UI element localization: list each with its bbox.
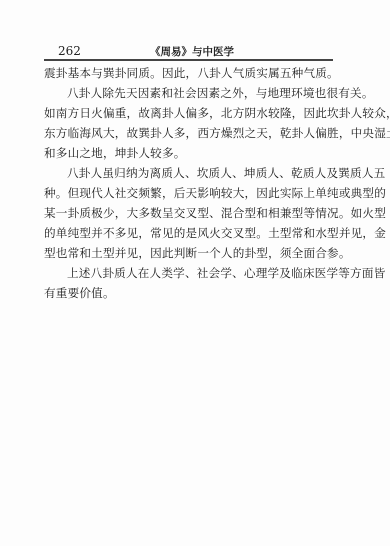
text-line: 八卦人虽归纳为离质人、坎质人、坤质人、乾质人及巽质人五 — [44, 166, 334, 180]
text-line: 上述八卦质人在人类学、社会学、心理学及临床医学等方面皆 — [44, 266, 334, 280]
page-number: 262 — [58, 44, 81, 58]
text-line: 有重要价值。 — [44, 286, 334, 300]
text-line: 如南方日火偏重，故离卦人偏多，北方阴水较隆，因此坎卦人较众， — [44, 106, 334, 120]
text-line: 的单纯型并不多见，常见的是风火交叉型。土型常和水型并见，金 — [44, 226, 334, 240]
text-line: 东方临海风大，故巽卦人多，西方燥烈之天，乾卦人偏胜，中央湿土 — [44, 126, 334, 140]
text-line: 型也常和土型并见，因此判断一个人的卦型，须全面合参。 — [44, 246, 334, 260]
book-page: 262 《周易》与中医学 震卦基本与巽卦同质。因此，八卦人气质实属五种气质。 八… — [0, 0, 390, 546]
text-line: 种。但现代人社交频繁，后天影响较大，因此实际上单纯或典型的 — [44, 186, 334, 200]
text-line: 八卦人除先天因素和社会因素之外，与地理环境也很有关。 — [44, 86, 334, 100]
header-rule — [44, 59, 333, 61]
running-title: 《周易》与中医学 — [150, 44, 234, 59]
text-line: 和多山之地，坤卦人较多。 — [44, 146, 334, 160]
text-line: 震卦基本与巽卦同质。因此，八卦人气质实属五种气质。 — [44, 66, 334, 80]
text-line: 某一卦质极少，大多数呈交叉型、混合型和相兼型等情况。如火型 — [44, 206, 334, 220]
